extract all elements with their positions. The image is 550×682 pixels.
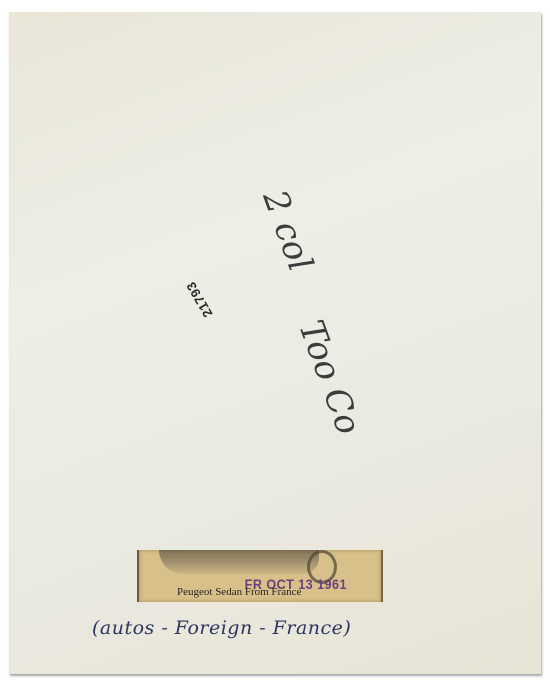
newspaper-clipping: FR OCT 13 1961 Peugeot Sedan From France: [137, 550, 383, 602]
clipping-caption: Peugeot Sedan From France: [177, 586, 301, 598]
car-photo-fragment: [159, 550, 319, 574]
handwritten-index-note: (autos - Foreign - France): [92, 617, 351, 639]
